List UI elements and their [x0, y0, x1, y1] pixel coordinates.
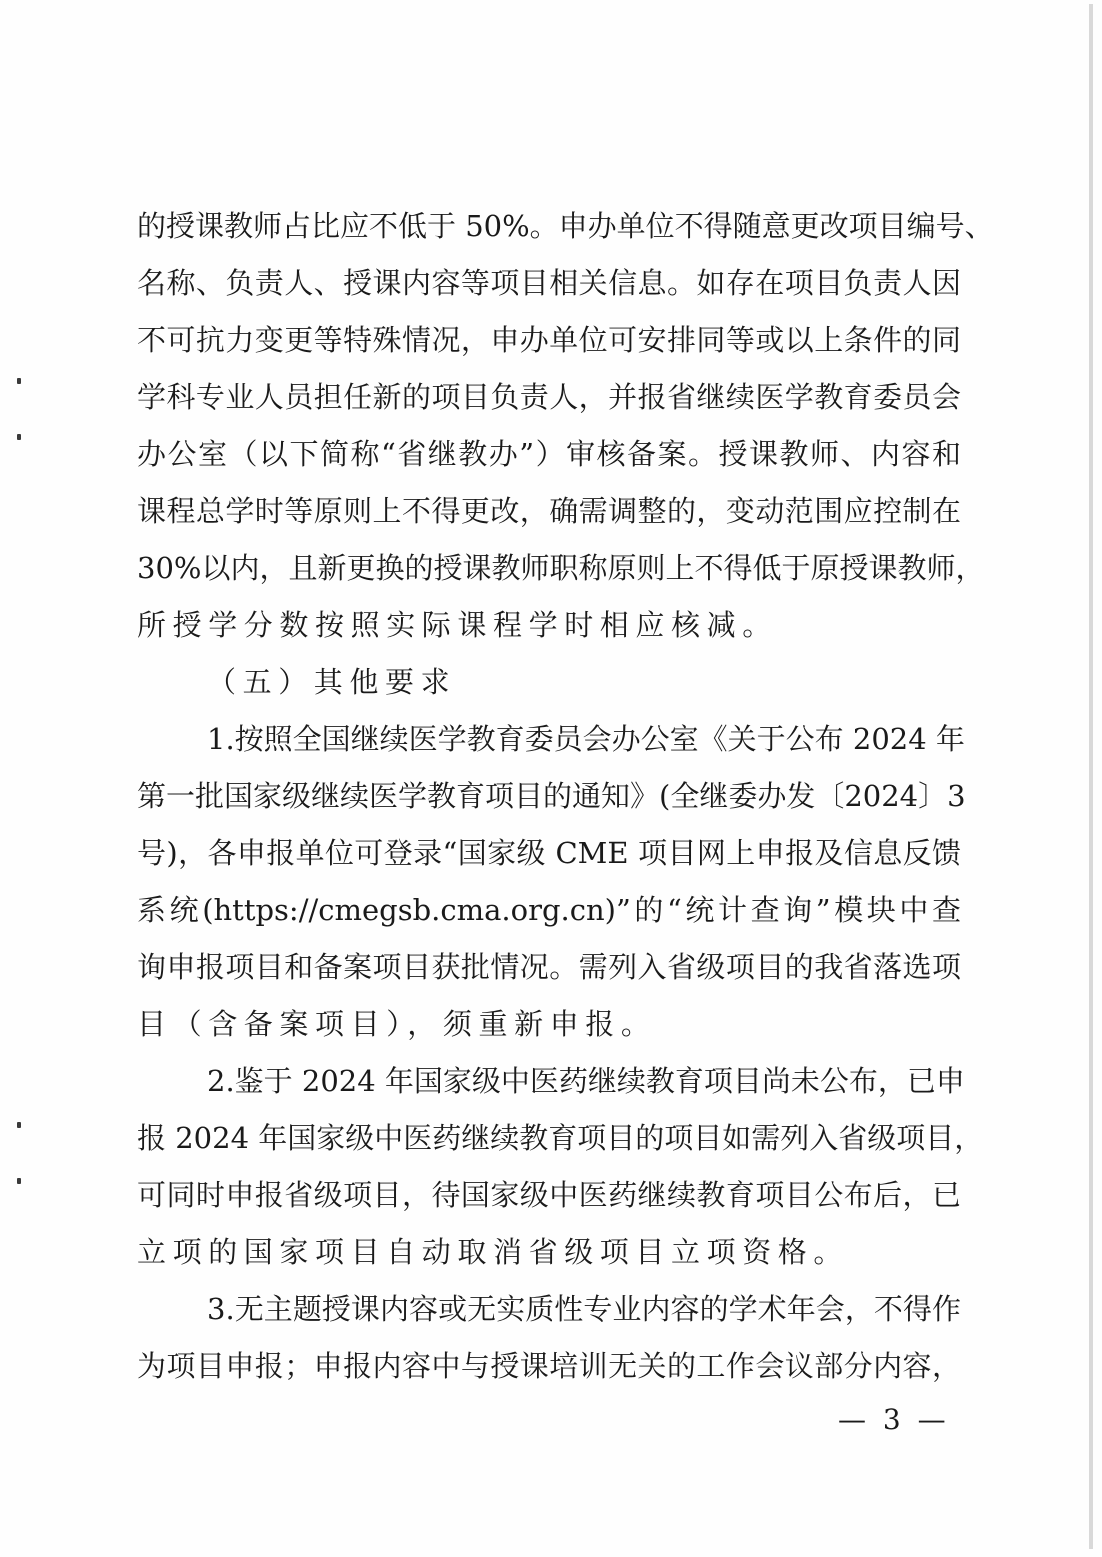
- paragraph-item-1: 1.按照全国继续医学教育委员会办公室《关于公布 2024 年 第一批国家级继续医…: [137, 711, 961, 1053]
- text-line: 1.按照全国继续医学教育委员会办公室《关于公布 2024 年: [137, 711, 961, 768]
- text-line: 立项的国家项目自动取消省级项目立项资格。: [137, 1224, 961, 1281]
- text-line: 目（含备案项目），须重新申报。: [137, 996, 961, 1053]
- binding-hole-mark: [17, 434, 21, 440]
- text-line: 的授课教师占比应不低于 50%。申办单位不得随意更改项目编号、: [137, 198, 961, 255]
- text-line: 名称、负责人、授课内容等项目相关信息。如存在项目负责人因: [137, 255, 961, 312]
- text-line: 办公室（以下简称“省继教办”）审核备案。授课教师、内容和: [137, 426, 961, 483]
- document-body: 的授课教师占比应不低于 50%。申办单位不得随意更改项目编号、 名称、负责人、授…: [137, 198, 961, 1395]
- text-line: 可同时申报省级项目，待国家级中医药继续教育项目公布后，已: [137, 1167, 961, 1224]
- text-line: 报 2024 年国家级中医药继续教育项目的项目如需列入省级项目，: [137, 1110, 961, 1167]
- text-line: 30%以内，且新更换的授课教师职称原则上不得低于原授课教师，: [137, 540, 961, 597]
- paragraph-item-3: 3.无主题授课内容或无实质性专业内容的学术年会，不得作 为项目申报；申报内容中与…: [137, 1281, 961, 1395]
- paragraph-item-2: 2.鉴于 2024 年国家级中医药继续教育项目尚未公布，已申 报 2024 年国…: [137, 1053, 961, 1281]
- text-line: 2.鉴于 2024 年国家级中医药继续教育项目尚未公布，已申: [137, 1053, 961, 1110]
- text-line: 号)，各申报单位可登录“国家级 CME 项目网上申报及信息反馈: [137, 825, 961, 882]
- document-page: 的授课教师占比应不低于 50%。申办单位不得随意更改项目编号、 名称、负责人、授…: [0, 0, 1102, 1557]
- text-line: 课程总学时等原则上不得更改，确需调整的，变动范围应控制在: [137, 483, 961, 540]
- binding-hole-mark: [17, 1122, 21, 1128]
- text-line: 询申报项目和备案项目获批情况。需列入省级项目的我省落选项: [137, 939, 961, 996]
- page-number: — 3 —: [838, 1400, 950, 1440]
- paragraph-continuation: 的授课教师占比应不低于 50%。申办单位不得随意更改项目编号、 名称、负责人、授…: [137, 198, 961, 654]
- text-line: 不可抗力变更等特殊情况，申办单位可安排同等或以上条件的同: [137, 312, 961, 369]
- text-line: 所授学分数按照实际课程学时相应核减。: [137, 597, 961, 654]
- text-line: 3.无主题授课内容或无实质性专业内容的学术年会，不得作: [137, 1281, 961, 1338]
- binding-hole-mark: [17, 1178, 21, 1184]
- text-line: 系统(https://cmegsb.cma.org.cn)”的“统计查询”模块中…: [137, 882, 961, 939]
- text-line: 为项目申报；申报内容中与授课培训无关的工作会议部分内容，: [137, 1338, 961, 1395]
- section-heading: （五）其他要求: [137, 654, 961, 711]
- binding-hole-mark: [17, 378, 21, 384]
- text-line: 第一批国家级继续医学教育项目的通知》(全继委办发〔2024〕3: [137, 768, 961, 825]
- text-line: 学科专业人员担任新的项目负责人，并报省继续医学教育委员会: [137, 369, 961, 426]
- page-edge-shadow: [1089, 4, 1093, 1549]
